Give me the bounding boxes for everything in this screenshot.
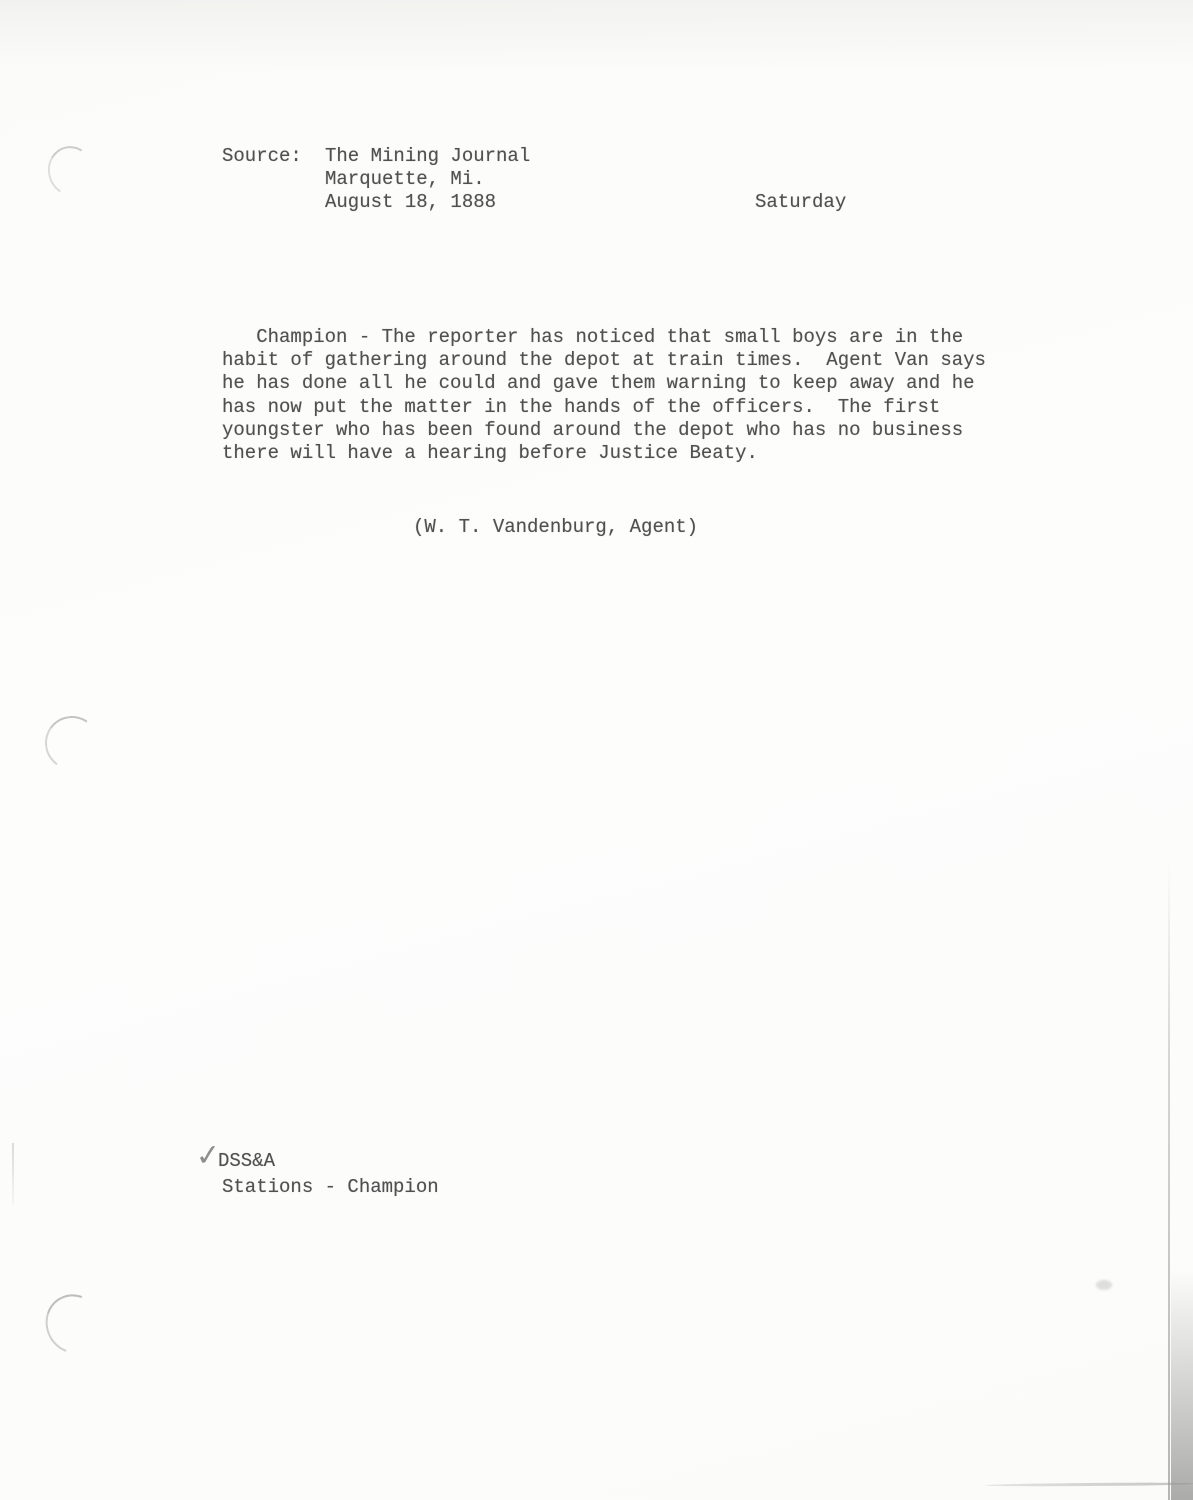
source-publication: The Mining Journal bbox=[325, 145, 530, 168]
source-location: Marquette, Mi. bbox=[325, 168, 530, 191]
scanned-document-page: Source: The Mining Journal Marquette, Mi… bbox=[0, 0, 1193, 1500]
punch-hole-top bbox=[43, 141, 100, 201]
signature-line: (W. T. Vandenburg, Agent) bbox=[413, 516, 698, 539]
scan-right-shadow bbox=[1171, 1270, 1193, 1500]
filing-subcategory: Stations - Champion bbox=[222, 1176, 439, 1199]
body-line: youngster who has been found around the … bbox=[222, 419, 986, 442]
body-line: he has done all he could and gave them w… bbox=[222, 372, 986, 395]
scan-top-edge-shade bbox=[0, 0, 1193, 70]
punch-hole-bottom bbox=[36, 1285, 113, 1363]
punch-hole-middle bbox=[41, 712, 104, 775]
filing-category: DSS&A bbox=[218, 1150, 275, 1173]
paper-right-edge bbox=[1168, 860, 1170, 1500]
weekday-label: Saturday bbox=[755, 191, 846, 214]
article-paragraph: Champion - The reporter has noticed that… bbox=[222, 326, 986, 465]
source-date: August 18, 1888 bbox=[325, 191, 530, 214]
source-block: The Mining Journal Marquette, Mi. August… bbox=[325, 145, 530, 215]
body-line: has now put the matter in the hands of t… bbox=[222, 396, 986, 419]
paper-bottom-edge bbox=[985, 1482, 1193, 1486]
source-label: Source: bbox=[222, 145, 302, 168]
body-line: habit of gathering around the depot at t… bbox=[222, 349, 986, 372]
body-line: there will have a hearing before Justice… bbox=[222, 442, 986, 465]
body-line: Champion - The reporter has noticed that… bbox=[222, 326, 986, 349]
paper-smudge bbox=[1096, 1280, 1112, 1290]
paper-left-streak bbox=[12, 1143, 14, 1205]
